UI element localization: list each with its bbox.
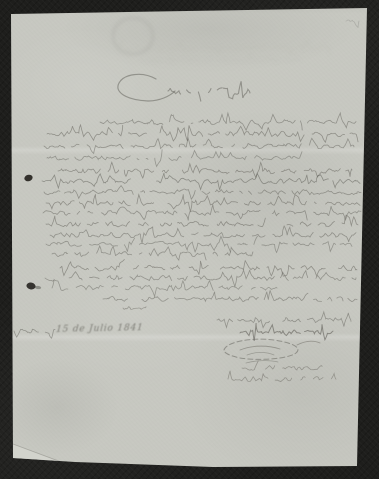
showthrough-ghost: [113, 18, 330, 62]
letter-page: 15 de Julio 1841: [0, 0, 379, 479]
corner-fold: [13, 444, 72, 466]
scan-backdrop: 15 de Julio 1841: [0, 0, 379, 479]
handwriting-layer: [0, 0, 379, 479]
ink-strokes: [14, 20, 361, 382]
ink-blots: [24, 174, 42, 290]
